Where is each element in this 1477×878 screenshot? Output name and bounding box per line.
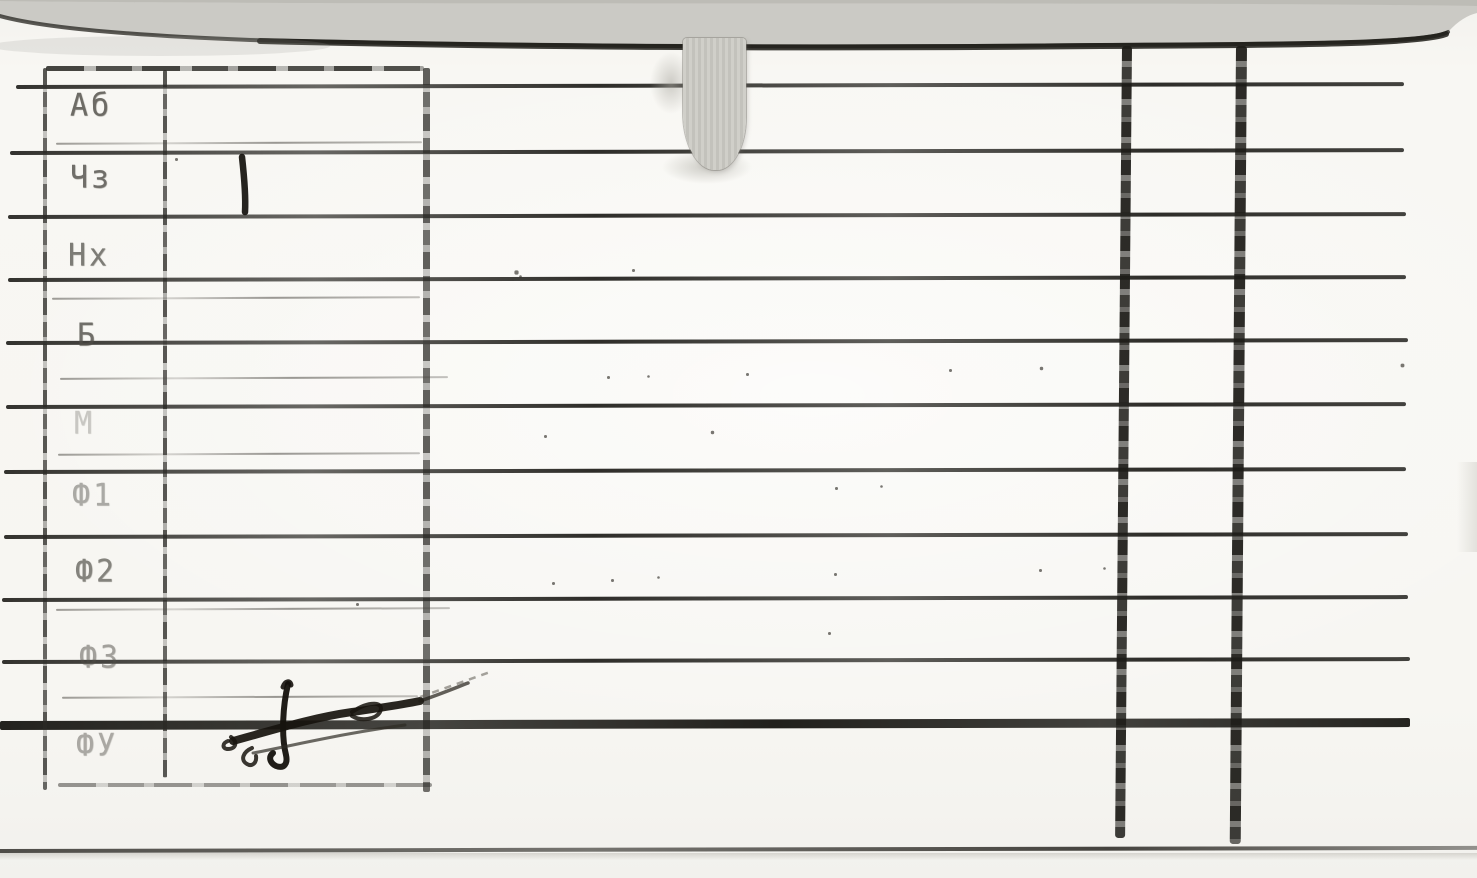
card-bottom-shadow [0, 853, 1477, 860]
pen-scribble [224, 671, 494, 767]
tally-mark [242, 157, 245, 212]
right-edge-shadow [1457, 462, 1477, 552]
scanned-library-card: Аб Чз Нх Б М Ф1 Ф2 Ф3 ФУ [0, 0, 1477, 878]
handwritten-marks [0, 0, 1477, 878]
